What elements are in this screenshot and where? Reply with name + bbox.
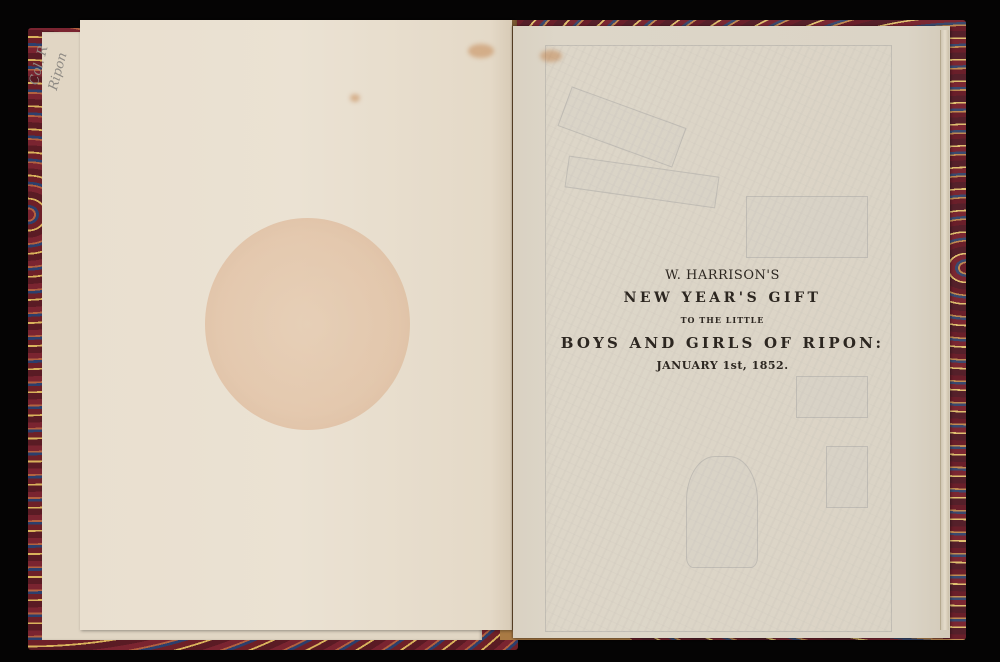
engraving-frame: [826, 446, 868, 508]
page-edges: [940, 30, 949, 630]
engraving-urn: [686, 456, 758, 568]
title-page-text: W. HARRISON'S NEW YEAR'S GIFT TO THE LIT…: [530, 265, 915, 377]
foxing-spot: [350, 94, 360, 102]
title-line-main: NEW YEAR'S GIFT: [530, 287, 915, 309]
engraving-figure: [557, 86, 686, 167]
circular-stain: [205, 218, 410, 430]
title-line-dedication: TO THE LITTLE: [530, 309, 915, 331]
foxing-spot: [468, 44, 494, 58]
title-line-date: JANUARY 1st, 1852.: [530, 355, 915, 377]
engraving-figure: [565, 156, 720, 209]
engraving-table: [746, 196, 868, 258]
foxing-spot: [540, 50, 562, 62]
title-line-recipients: BOYS AND GIRLS OF RIPON:: [530, 331, 915, 355]
engraving-box: [796, 376, 868, 418]
title-line-author: W. HARRISON'S: [530, 265, 915, 287]
